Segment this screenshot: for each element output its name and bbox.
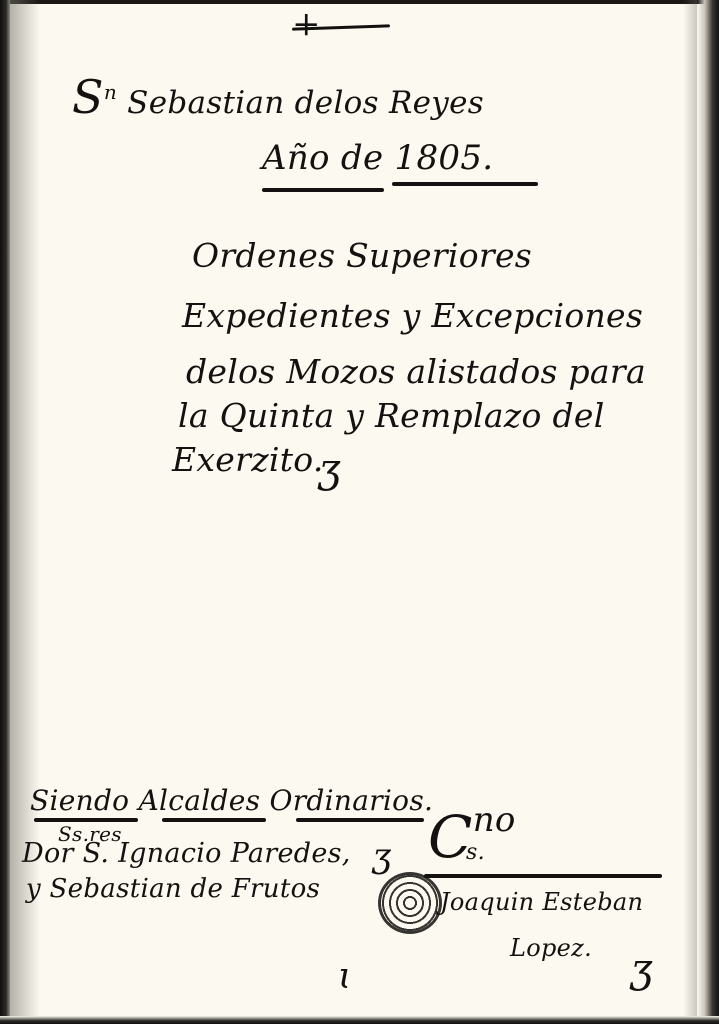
notary-mark-sup: no [473,800,516,840]
page-bottom-edge [0,1016,719,1024]
left-binding [0,0,10,1024]
notary-underline [424,874,662,878]
place-name: Sebastian delos Reyes [127,85,484,121]
alcalde-name-2: y Sebastian de Frutos [26,874,320,904]
place-prefix-sup: n [104,80,117,104]
alcalde-name-1: Dor S. Ignacio Paredes, [22,838,351,869]
alcaldes-underline-3 [296,818,424,822]
year-underline-1 [262,188,384,192]
manuscript-page: + Sn Sebastian delos Reyes Año de 1805. … [0,0,719,1024]
year-underline-2 [392,182,538,186]
notary-first-name: Joaquin Esteban [440,888,643,916]
place-heading: Sn Sebastian delos Reyes [72,70,484,124]
notary-mark-sub: s. [466,840,485,865]
place-prefix: S [72,70,104,124]
left-binding-shadow [10,0,40,1024]
alcaldes-label: Siendo Alcaldes Ordinarios. [30,784,433,817]
alcaldes-underline-2 [162,818,266,822]
title-line-2: Expedientes y Excepciones [182,296,643,335]
title-line-3: delos Mozos alistados para [186,352,646,391]
notary-surname: Lopez. [510,934,592,962]
alcaldes-flourish: ʒ [372,836,391,876]
right-edge [697,0,719,1024]
title-line-5: Exerzito. [172,440,324,479]
title-flourish: ʒ [318,446,341,492]
title-line-1: Ordenes Superiores [192,236,532,275]
page-top-edge [0,0,719,4]
year-line: Año de 1805. [262,138,493,178]
right-edge-shadow [683,0,697,1024]
notary-flourish: ʒ [630,946,653,992]
lower-flourish: ɩ [338,956,352,997]
notary-rubric-signature [378,872,442,934]
cross-mark: + [292,4,321,44]
title-line-4: la Quinta y Remplazo del [178,396,605,435]
